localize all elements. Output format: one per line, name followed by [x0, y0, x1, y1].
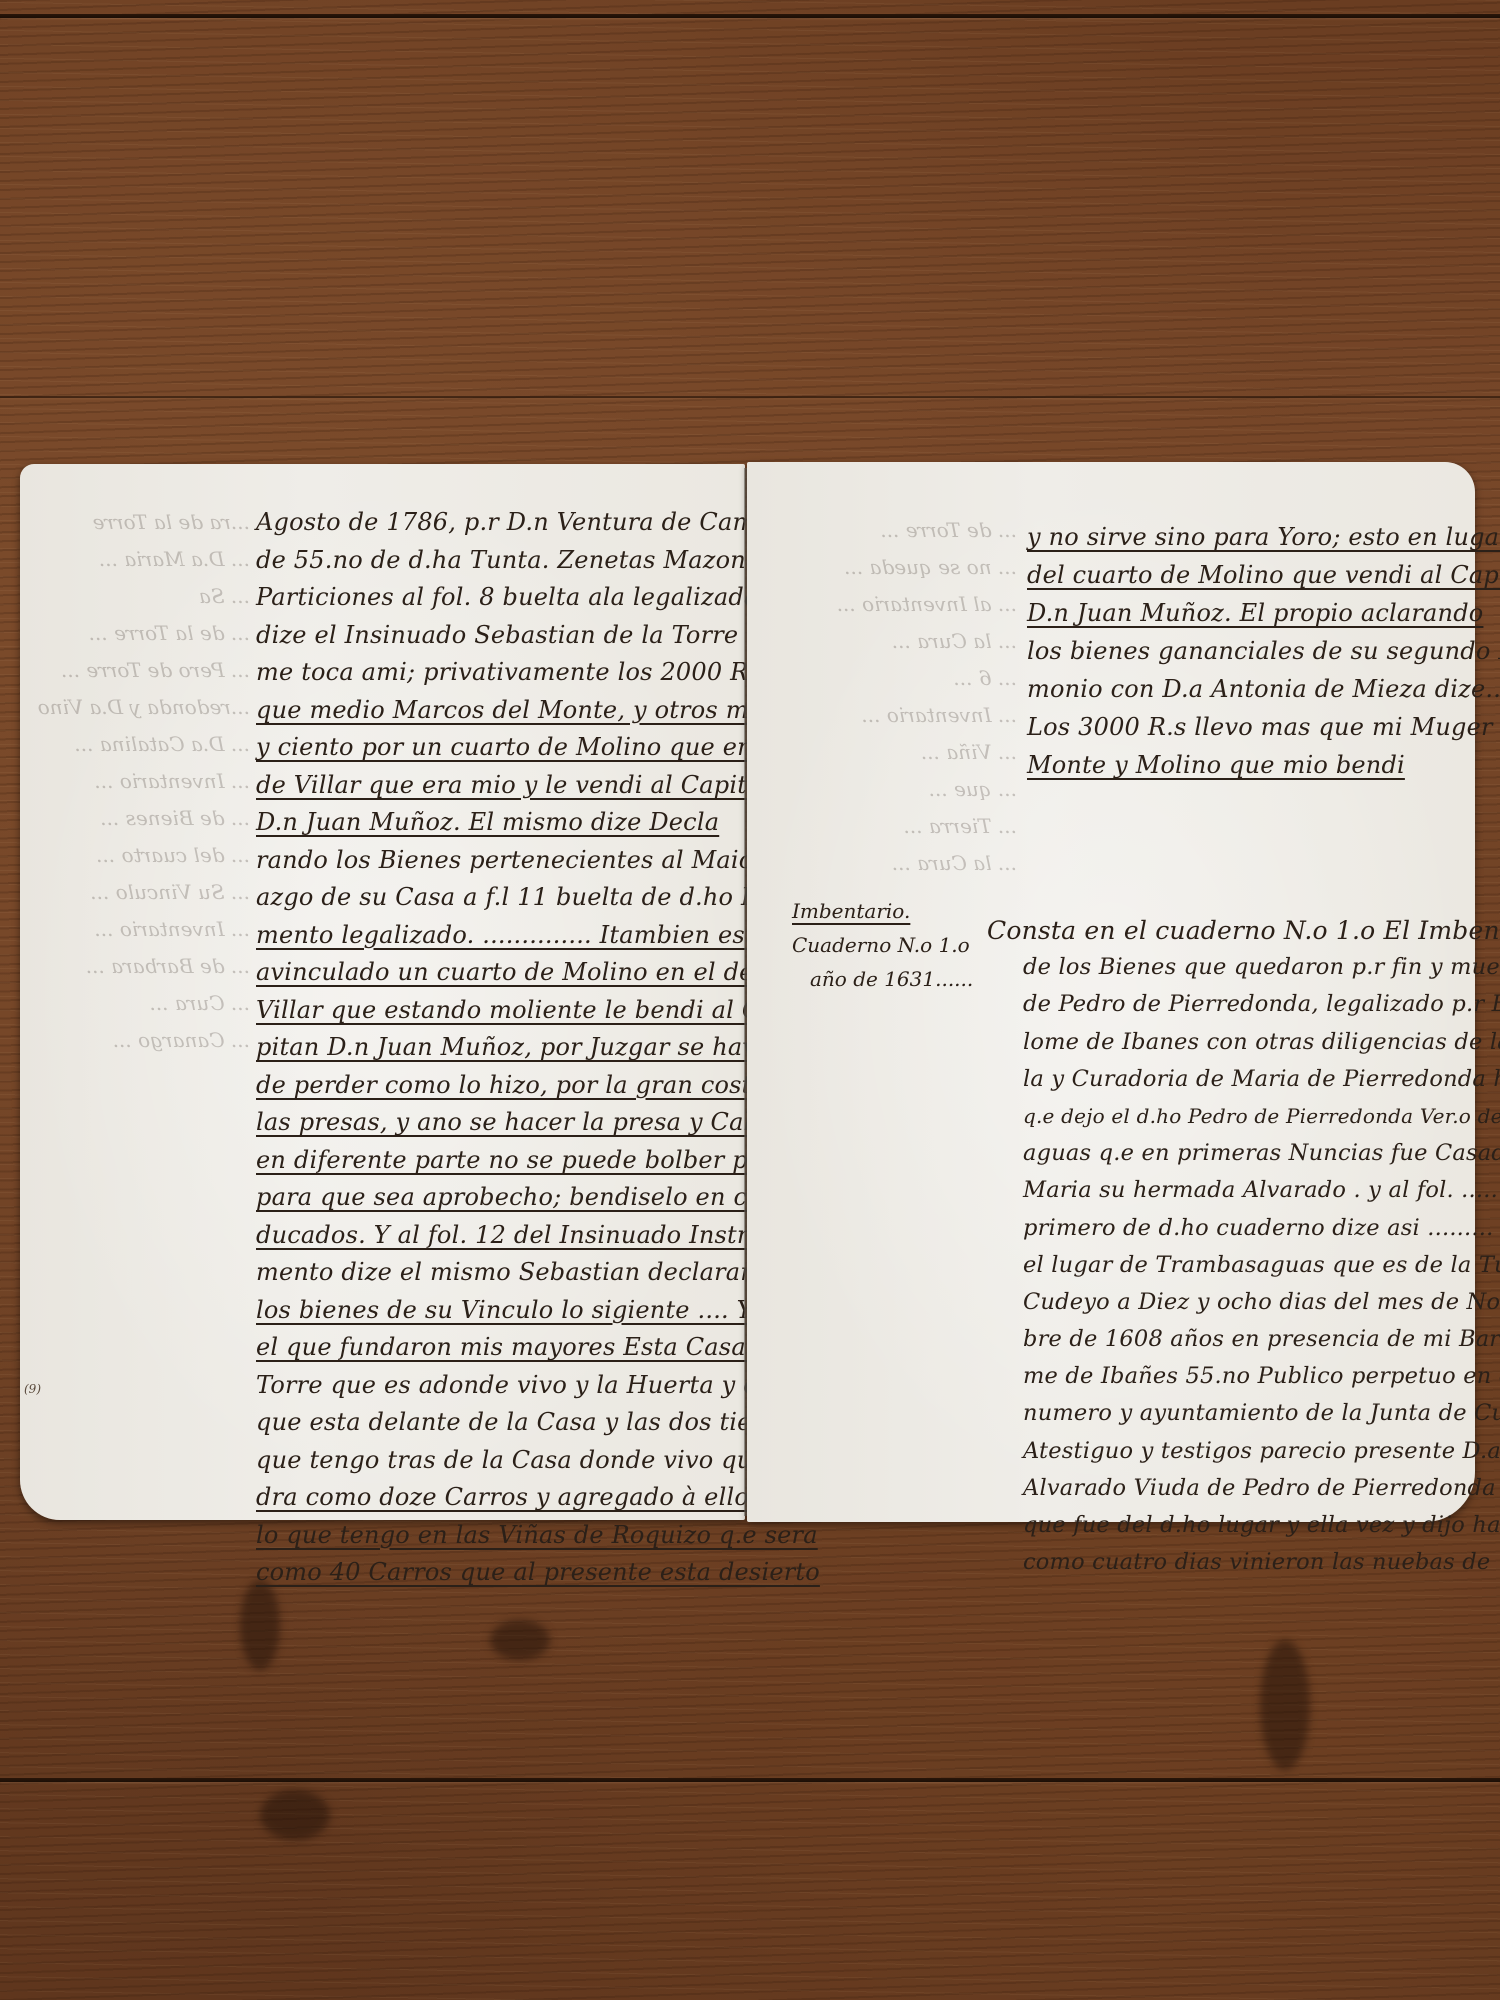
text-line: como cuatro dias vinieron las nuebas de	[987, 1544, 1417, 1581]
wood-stain	[1260, 1640, 1310, 1770]
text-line: D.n Juan Muñoz. El propio aclarando	[1027, 594, 1467, 632]
text-line: los bienes de su Vinculo lo sigiente ...…	[256, 1292, 726, 1330]
text-line: aguas q.e en primeras Nuncias fue Casado…	[987, 1135, 1417, 1172]
text-line: pitan D.n Juan Muñoz, por Juzgar se havi…	[256, 1029, 726, 1067]
text-line: de Pedro de Pierredonda, legalizado p.r …	[987, 986, 1417, 1023]
text-line: Monte y Molino que mio bendi	[1027, 746, 1467, 784]
right-page-body-text: Consta en el cuaderno N.o 1.o El Imbent.…	[987, 912, 1417, 1581]
text-line: de perder como lo hizo, por la gran cost…	[256, 1067, 726, 1105]
text-line: el lugar de Trambasaguas que es de la Tu…	[987, 1247, 1417, 1284]
text-line: para que sea aprobecho; bendiselo en cie…	[256, 1179, 726, 1217]
right-page-top-text: y no sirve sino para Yoro; esto en lugar…	[1027, 518, 1467, 784]
text-line: la y Curadoria de Maria de Pierredonda h…	[987, 1061, 1417, 1098]
text-line: Maria su hermada Alvarado . y al fol. ..…	[987, 1172, 1417, 1209]
text-line: Particiones al fol. 8 buelta ala legaliz…	[256, 579, 726, 617]
text-line: avinculado un cuarto de Molino en el de	[256, 954, 726, 992]
wood-stain	[260, 1790, 330, 1840]
text-line: Alvarado Viuda de Pedro de Pierredonda V…	[987, 1470, 1417, 1507]
left-page-bleed-through: ...ra de la Torre ... D.a Maria ... ... …	[40, 504, 250, 1059]
text-line: lo que tengo en las Viñas de Roquizo q.e…	[256, 1517, 726, 1555]
text-line: y ciento por un cuarto de Molino que en …	[256, 729, 726, 767]
text-line: el que fundaron mis mayores Esta Casa de…	[256, 1329, 726, 1367]
text-line: monio con D.a Antonia de Mieza dize.....	[1027, 670, 1467, 708]
text-line: Cudeyo a Diez y ocho dias del mes de Nov…	[987, 1284, 1417, 1321]
text-line: que esta delante de la Casa y las dos ti…	[256, 1404, 726, 1442]
left-page: ...ra de la Torre ... D.a Maria ... ... …	[20, 464, 745, 1520]
text-line: dra como doze Carros y agregado à ello	[256, 1479, 726, 1517]
text-line: de 55.no de d.ha Tunta. Zenetas Mazonada…	[256, 542, 726, 580]
wood-stain	[240, 1580, 280, 1670]
text-line: me toca ami; privativamente los 2000 R.s	[256, 654, 726, 692]
text-line: como 40 Carros que al presente esta desi…	[256, 1554, 726, 1592]
wood-plank-seam-middle	[0, 396, 1500, 398]
text-line: y no sirve sino para Yoro; esto en lugar	[1027, 518, 1467, 556]
text-line: D.n Juan Muñoz. El mismo dize Decla	[256, 804, 726, 842]
margin-note-line: Cuaderno N.o 1.o	[792, 928, 992, 962]
wood-plank-seam-bottom	[0, 1778, 1500, 1782]
text-line: mento legalizado. .............. Itambie…	[256, 917, 726, 955]
text-line: mento dize el mismo Sebastian declarando	[256, 1254, 726, 1292]
text-line: me de Ibañes 55.no Publico perpetuo en e…	[987, 1358, 1417, 1395]
right-page-bleed-through: ... de Torre ... ... no se queda ... ...…	[777, 512, 1017, 882]
right-page: ... de Torre ... ... no se queda ... ...…	[747, 462, 1475, 1522]
margin-note-title: Imbentario.	[792, 894, 992, 928]
text-line: Torre que es adonde vivo y la Huerta y e…	[256, 1367, 726, 1405]
text-line: bre de 1608 años en presencia de mi Bart…	[987, 1321, 1417, 1358]
text-line: azgo de su Casa a f.l 11 buelta de d.ho …	[256, 879, 726, 917]
text-line: de Villar que era mio y le vendi al Capi…	[256, 767, 726, 805]
margin-note-line: año de 1631......	[792, 962, 992, 996]
text-line: dize el Insinuado Sebastian de la Torre …	[256, 617, 726, 655]
text-line: primero de d.ho cuaderno dize asi ......…	[987, 1210, 1417, 1247]
text-line: que tengo tras de la Casa donde vivo que…	[256, 1442, 726, 1480]
text-line: lome de Ibanes con otras diligencias de …	[987, 1024, 1417, 1061]
folio-mark: (9)	[24, 1382, 41, 1396]
wood-stain	[490, 1620, 550, 1660]
text-line: que fue del d.ho lugar y ella vez y dijo…	[987, 1507, 1417, 1544]
text-line: en diferente parte no se puede bolber p.…	[256, 1142, 726, 1180]
text-line: rando los Bienes pertenecientes al Maior	[256, 842, 726, 880]
text-line: los bienes gananciales de su segundo Mat…	[1027, 632, 1467, 670]
text-line: del cuarto de Molino que vendi al Capita…	[1027, 556, 1467, 594]
text-line: ducados. Y al fol. 12 del Insinuado Inst…	[256, 1217, 726, 1255]
text-line: Agosto de 1786, p.r D.n Ventura de Campo…	[256, 504, 726, 542]
text-line: Consta en el cuaderno N.o 1.o El Imbent.…	[987, 912, 1417, 949]
text-line: Los 3000 R.s llevo mas que mi Muger por …	[1027, 708, 1467, 746]
text-line: q.e dejo el d.ho Pedro de Pierredonda Ve…	[987, 1098, 1417, 1135]
text-line: numero y ayuntamiento de la Junta de Cud…	[987, 1395, 1417, 1432]
left-page-text: Agosto de 1786, p.r D.n Ventura de Campo…	[256, 504, 726, 1592]
margin-heading: Imbentario. Cuaderno N.o 1.o año de 1631…	[792, 894, 992, 996]
text-line: Atestiguo y testigos parecio presente D.…	[987, 1433, 1417, 1470]
text-line: Villar que estando moliente le bendi al …	[256, 992, 726, 1030]
text-line: de los Bienes que quedaron p.r fin y mue…	[987, 949, 1417, 986]
text-line: las presas, y ano se hacer la presa y Ca…	[256, 1104, 726, 1142]
manuscript-spread: ...ra de la Torre ... D.a Maria ... ... …	[20, 462, 1490, 1522]
wood-plank-seam-top	[0, 14, 1500, 18]
text-line: que medio Marcos del Monte, y otros mil	[256, 692, 726, 730]
